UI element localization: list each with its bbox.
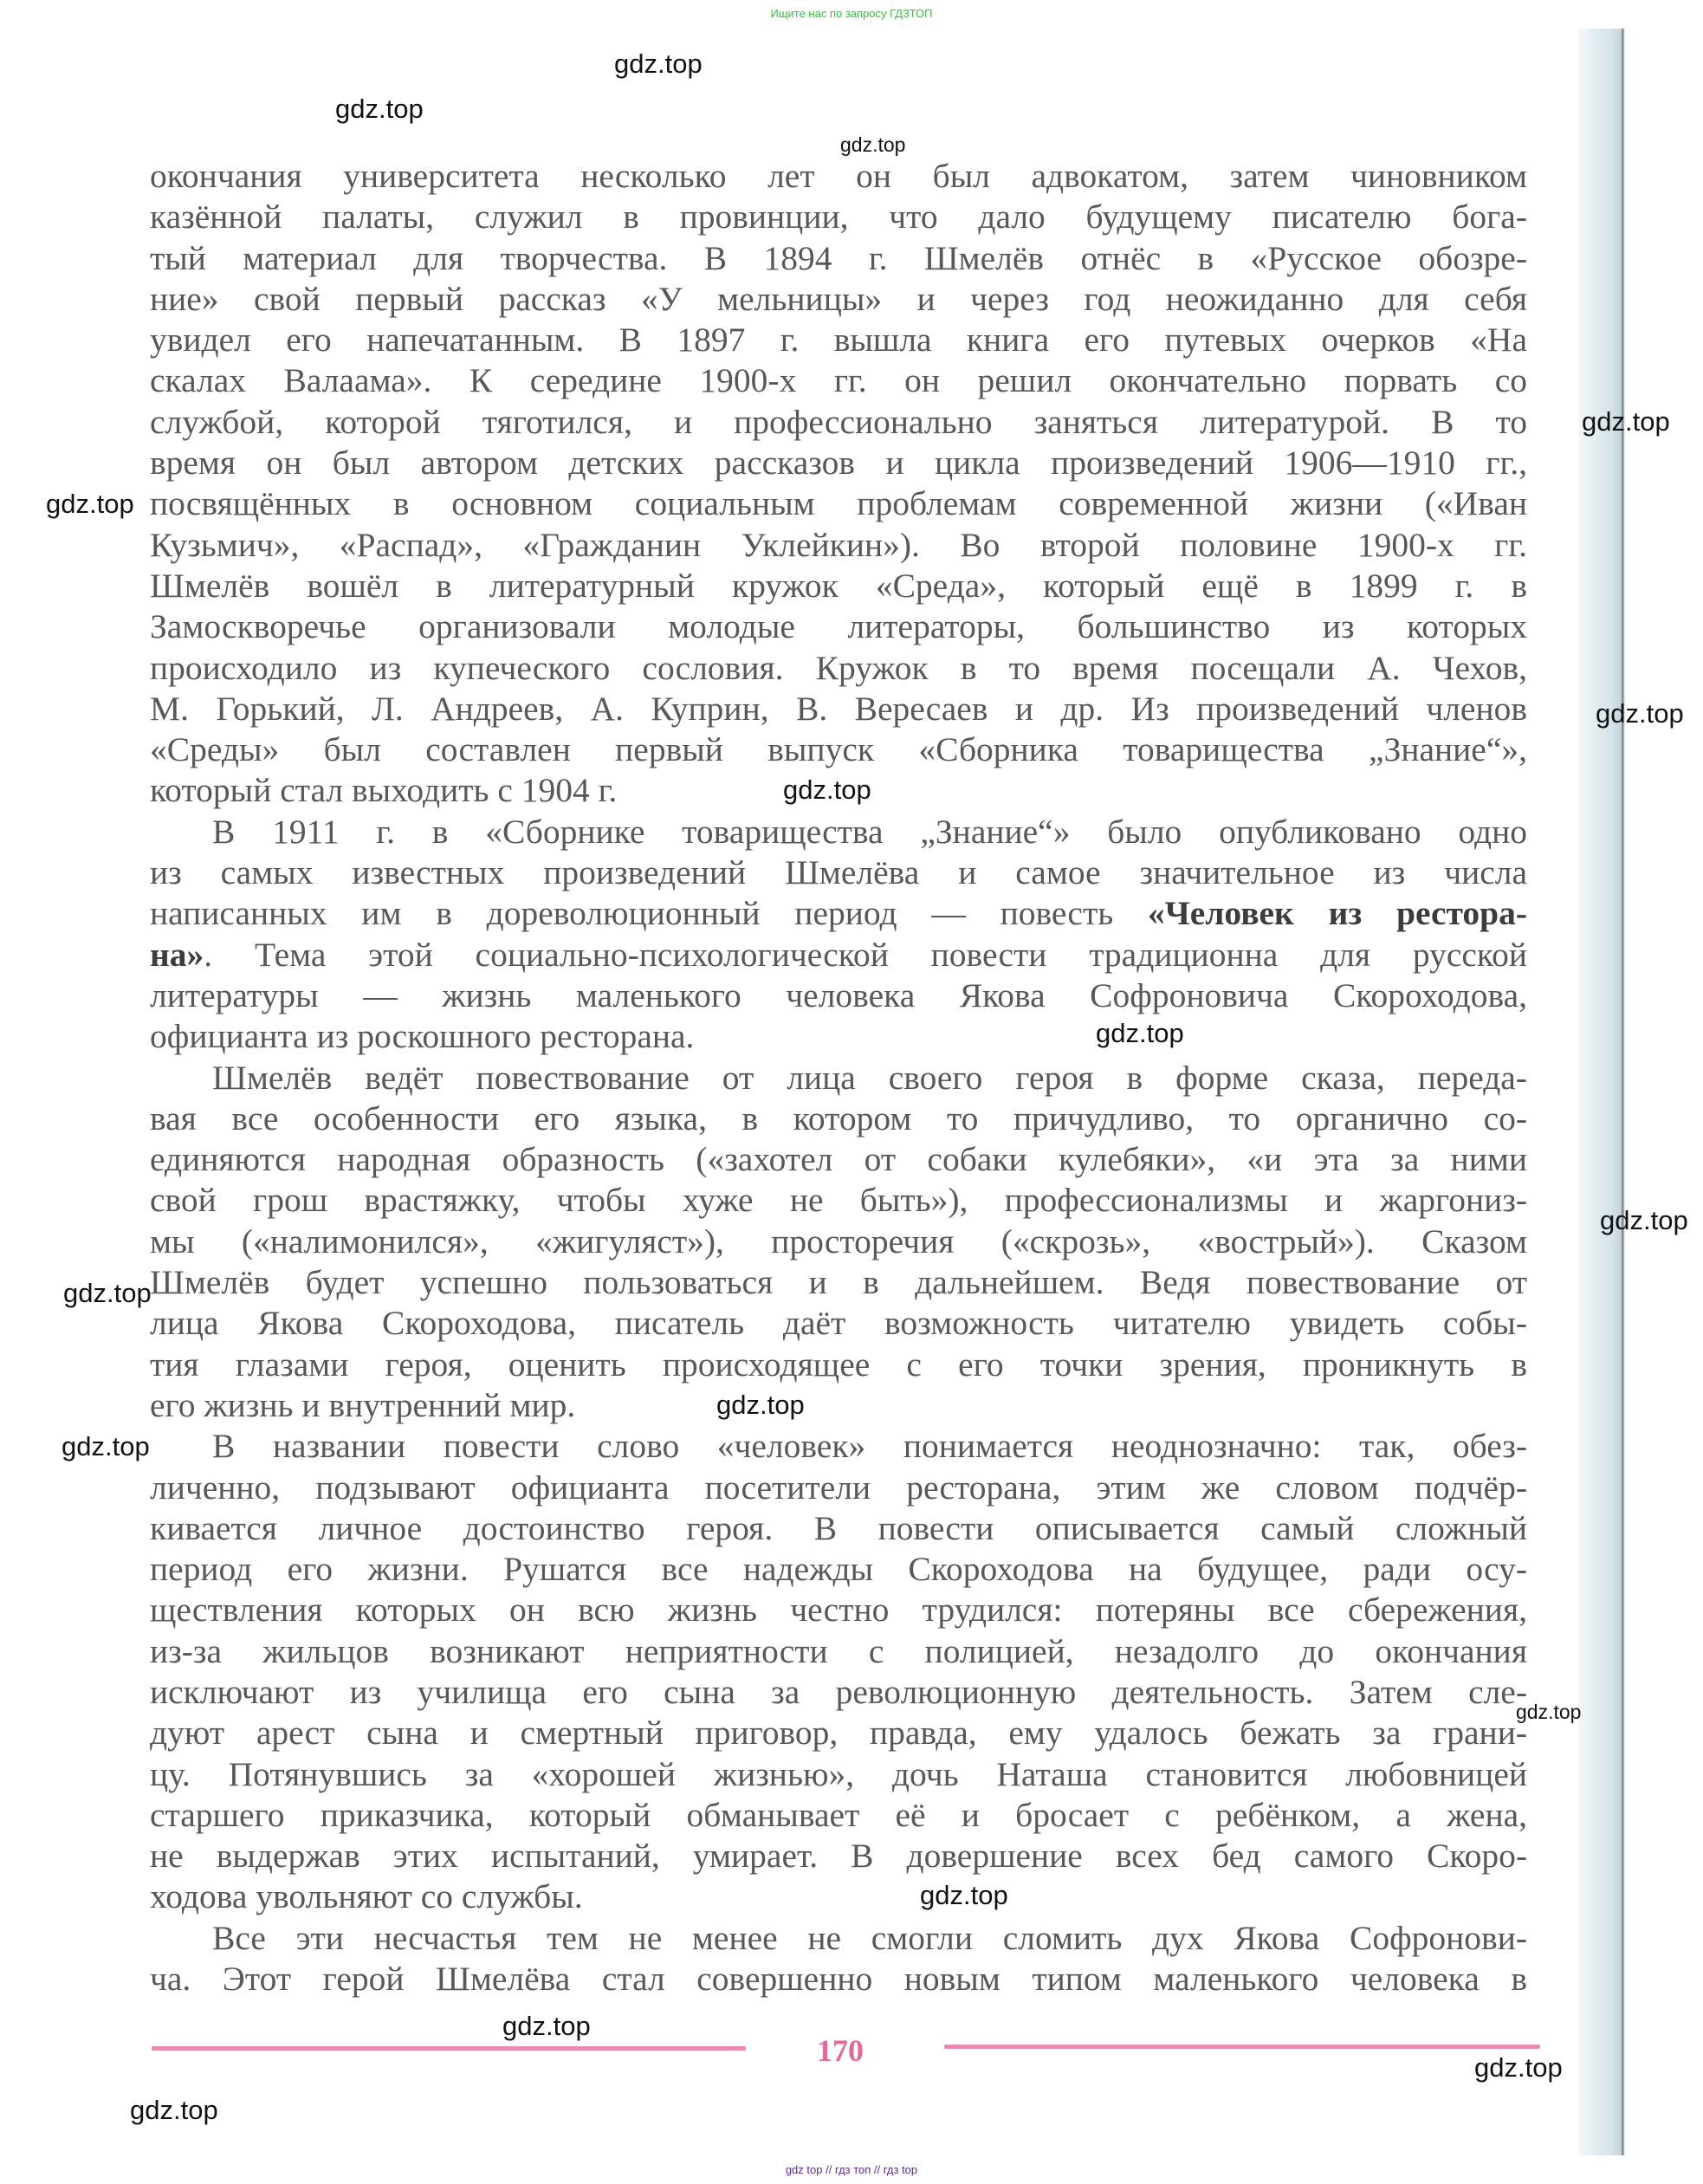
text-line: Все эти несчастья тем не менее не смогли…: [150, 1918, 1527, 1959]
watermark-text: gdz.top: [1600, 1205, 1688, 1236]
paragraph-4: В названии повести слово «человек» поним…: [150, 1426, 1527, 1918]
text-line: литературы — жизнь маленького человека Я…: [150, 975, 1527, 1016]
text-line: Кузьмич», «Распад», «Гражданин Уклейкин»…: [150, 525, 1527, 566]
text-line: не выдержав этих испытаний, умирает. В д…: [150, 1836, 1527, 1876]
page-number: 170: [810, 2032, 871, 2069]
paragraph-3: Шмелёв ведёт повествование от лица своег…: [150, 1058, 1527, 1427]
text-line: Шмелёв вошёл в литературный кружок «Сред…: [150, 566, 1527, 606]
text-line: его жизнь и внутренний мир.: [150, 1385, 1527, 1426]
text-line: «Среды» был составлен первый выпуск «Сбо…: [150, 729, 1527, 770]
text-line: личенно, подзывают официанта посетители …: [150, 1468, 1527, 1508]
text-line: службой, которой тяготился, и профессион…: [150, 402, 1527, 443]
text-line: мы («налимонился», «жигуляст»), просторе…: [150, 1222, 1527, 1262]
paragraph-5: Все эти несчастья тем не менее не смогли…: [150, 1918, 1527, 2000]
watermark-text: gdz.top: [1474, 2052, 1563, 2084]
watermark-text: gdz.top: [63, 1278, 152, 1309]
text-line: лица Якова Скороходова, писатель даёт во…: [150, 1303, 1527, 1344]
text-line: из самых известных произведений Шмелёва …: [150, 852, 1527, 893]
text-line: окончания университета несколько лет он …: [150, 156, 1527, 197]
text-line: вая все особенности его языка, в котором…: [150, 1098, 1527, 1139]
text-body: окончания университета несколько лет он …: [150, 156, 1527, 1999]
text-fragment: . Тема этой социально-психологической по…: [204, 936, 1527, 974]
watermark-text: gdz.top: [840, 133, 905, 157]
text-line-with-title: написанных им в дореволюционный период —…: [150, 893, 1527, 934]
watermark-text: gdz.top: [502, 2011, 591, 2042]
text-line: цу. Потянувшись за «хорошей жизнью», доч…: [150, 1754, 1527, 1795]
text-line-with-title: на». Тема этой социально-психологической…: [150, 935, 1527, 975]
watermark-text: gdz.top: [920, 1880, 1008, 1911]
footer-rule-right: [944, 2045, 1540, 2049]
text-line: старшего приказчика, который обманывает …: [150, 1795, 1527, 1836]
text-line: единяются народная образность («захотел …: [150, 1139, 1527, 1180]
text-line: тия глазами героя, оценить происходящее …: [150, 1345, 1527, 1385]
watermark-text: gdz.top: [1096, 1018, 1184, 1049]
text-line: В названии повести слово «человек» поним…: [150, 1426, 1527, 1467]
paragraph-1: окончания университета несколько лет он …: [150, 156, 1527, 812]
watermark-text: gdz.top: [46, 489, 134, 520]
bottom-banner: gdz top // гдз топ // гдз top: [0, 2163, 1703, 2176]
text-line: В 1911 г. в «Сборнике товарищества „Знан…: [150, 812, 1527, 852]
text-line: происходило из купеческого сословия. Кру…: [150, 648, 1527, 689]
page-edge-shadow: [1578, 29, 1625, 2155]
watermark-text: gdz.top: [783, 774, 871, 806]
text-line: кивается личное достоинство героя. В пов…: [150, 1508, 1527, 1549]
paragraph-2: В 1911 г. в «Сборнике товарищества „Знан…: [150, 812, 1527, 1058]
text-line: Шмелёв ведёт повествование от лица своег…: [150, 1058, 1527, 1098]
watermark-text: gdz.top: [335, 94, 424, 125]
text-line: ча. Этот герой Шмелёва стал совершенно н…: [150, 1959, 1527, 1999]
text-line: посвящённых в основном социальным пробле…: [150, 483, 1527, 524]
watermark-text: gdz.top: [1582, 406, 1670, 437]
text-line: дуют арест сына и смертный приговор, пра…: [150, 1713, 1527, 1753]
text-line: Шмелёв будет успешно пользоваться и в да…: [150, 1262, 1527, 1303]
text-line: время он был автором детских рассказов и…: [150, 443, 1527, 483]
text-line: исключают из училища его сына за революц…: [150, 1672, 1527, 1713]
text-line: ние» свой первый рассказ «У мельницы» и …: [150, 279, 1527, 320]
text-line: скалах Валаама». К середине 1900-х гг. о…: [150, 360, 1527, 401]
text-line: Замоскворечье организовали молодые литер…: [150, 606, 1527, 647]
text-line: официанта из роскошного ресторана.: [150, 1016, 1527, 1057]
work-title-end: на»: [150, 936, 204, 974]
text-fragment: написанных им в дореволюционный период —…: [150, 894, 1148, 932]
text-line: тый материал для творчества. В 1894 г. Ш…: [150, 238, 1527, 279]
watermark-text: gdz.top: [1516, 1701, 1581, 1724]
watermark-text: gdz.top: [1596, 698, 1684, 729]
top-banner: Ищите нас по запросу ГДЗТОП: [0, 7, 1703, 20]
watermark-text: gdz.top: [62, 1431, 150, 1462]
text-line: период его жизни. Рушатся все надежды Ск…: [150, 1549, 1527, 1590]
text-line: ходова увольняют со службы.: [150, 1876, 1527, 1917]
text-line: увидел его напечатанным. В 1897 г. вышла…: [150, 320, 1527, 360]
text-line: М. Горький, Л. Андреев, А. Куприн, В. Ве…: [150, 689, 1527, 729]
text-line: казённой палаты, служил в провинции, что…: [150, 197, 1527, 237]
watermark-text: gdz.top: [130, 2095, 218, 2126]
watermark-text: gdz.top: [614, 49, 703, 80]
text-line: из-за жильцов возникают неприятности с п…: [150, 1631, 1527, 1672]
watermark-text: gdz.top: [716, 1390, 805, 1421]
text-line: свой грош врастяжку, чтобы хуже не быть»…: [150, 1180, 1527, 1221]
work-title: «Человек из рестора-: [1148, 894, 1527, 932]
footer-rule-left: [152, 2046, 746, 2051]
text-line: ществления которых он всю жизнь честно т…: [150, 1590, 1527, 1630]
